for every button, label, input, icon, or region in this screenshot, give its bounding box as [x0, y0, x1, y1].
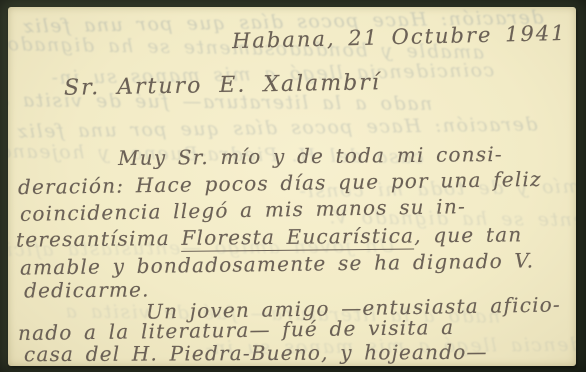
- bleedthrough-line: deración: Hace pocos días que por una fe…: [16, 115, 538, 141]
- body-line-4: teresantísima Floresta Eucarística, que …: [16, 224, 523, 249]
- body-line-4-post: , que tan: [414, 222, 522, 247]
- letter-photo: deración: Hace pocos días que por una fe…: [0, 0, 586, 372]
- body-line-6: dedicarme.: [24, 279, 150, 300]
- body-line-8: nado a la literatura— fué de visita a: [18, 317, 455, 343]
- body-line-4-pre: teresantísima: [16, 226, 182, 252]
- body-line-5: amable y bondadosamente se ha dignado V.: [20, 250, 534, 277]
- body-line-1: Muy Sr. mío y de toda mi consi-: [118, 144, 503, 168]
- body-line-2: deración: Hace pocos días que por una fe…: [18, 169, 542, 197]
- body-line-3: coincidencia llegó a mis manos su in-: [20, 196, 466, 224]
- date-line: Habana, 21 Octubre 1941: [232, 23, 567, 52]
- body-line-9: casa del H. Piedra-Bueno, y hojeando—: [24, 342, 488, 364]
- salutation-line: Sr. Arturo E. Xalambrí: [64, 72, 381, 100]
- letter-paper: deración: Hace pocos días que por una fe…: [8, 7, 576, 366]
- book-title-underlined: Floresta Eucarística: [181, 223, 414, 251]
